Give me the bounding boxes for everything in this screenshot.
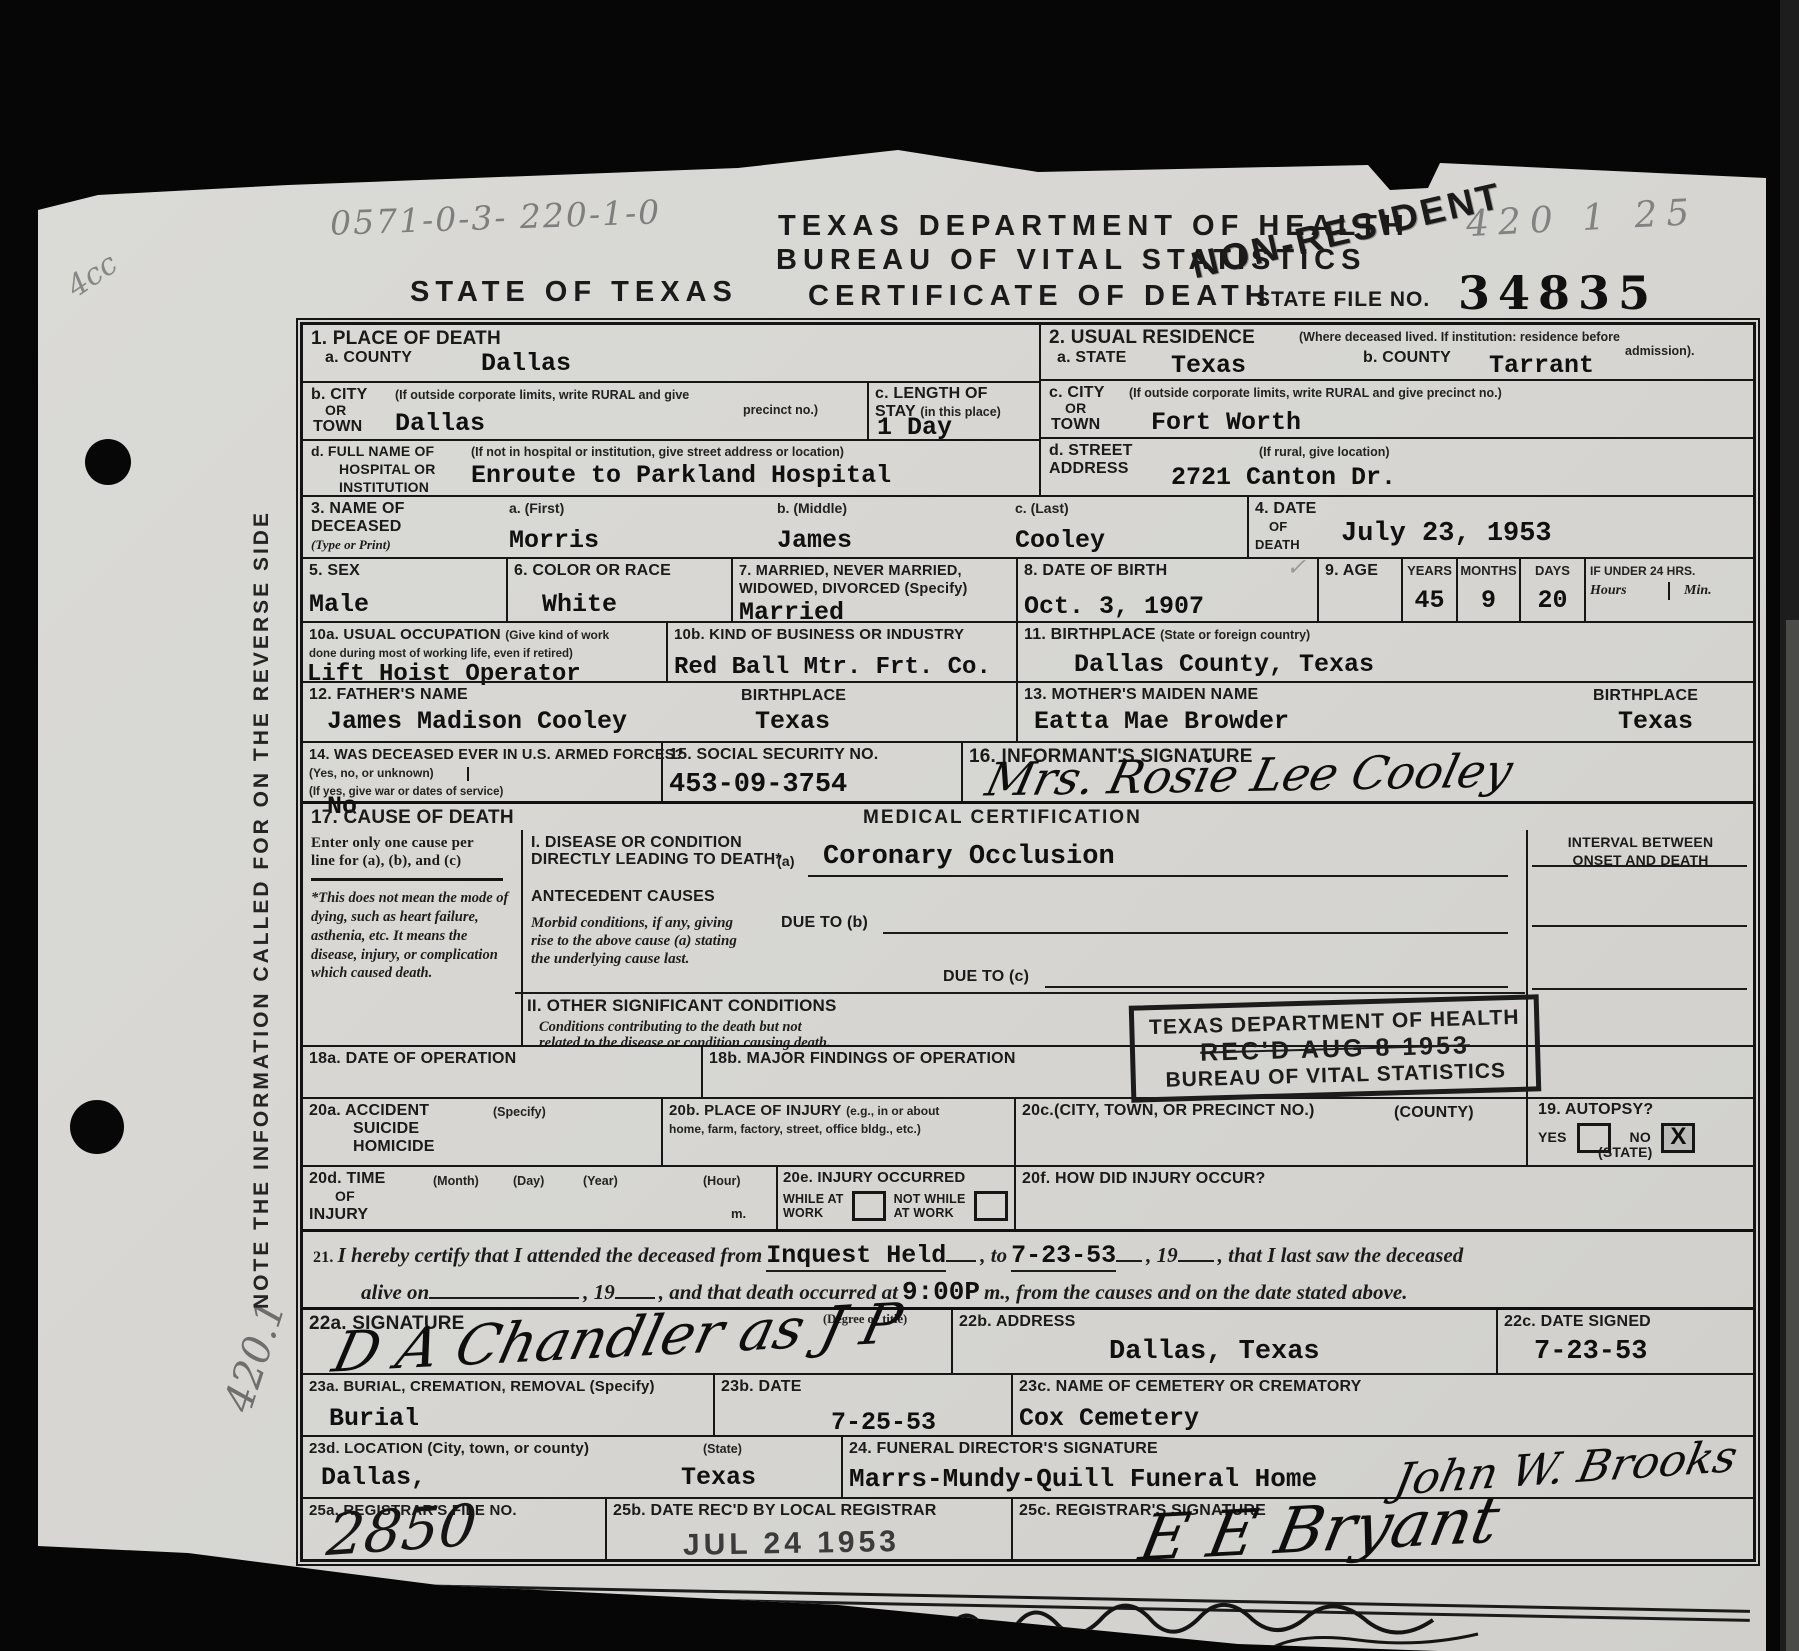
burial-type-cell: 23a. BURIAL, CREMATION, REMOVAL (Specify… — [303, 1375, 715, 1435]
disease-label1: I. DISEASE OR CONDITION — [531, 834, 742, 852]
cause-notes-cell: Enter only one cause per line for (a), (… — [303, 830, 523, 1045]
pencil-side-number: 420.1 — [216, 1294, 295, 1417]
name-first-label: a. (First) — [509, 500, 564, 516]
injury-time-label1: 20d. TIME — [309, 1170, 385, 1187]
hospital-note: (If not in hospital or institution, give… — [471, 445, 844, 459]
pencil-corner-mark: 4cc — [61, 246, 124, 304]
name-last-value: Cooley — [1015, 528, 1241, 553]
age-label-cell: 9. AGE — [1319, 559, 1403, 621]
name-title2: DECEASED — [311, 518, 402, 535]
injury-place-note2: home, farm, factory, street, office bldg… — [669, 1122, 921, 1136]
how-injury-cell: 20f. HOW DID INJURY OCCUR? — [1016, 1167, 1753, 1229]
not-while-checkbox — [974, 1191, 1008, 1221]
age-min-label: Min. — [1670, 582, 1712, 600]
age-months-label: MONTHS — [1460, 563, 1516, 578]
age-days-value: 20 — [1523, 588, 1582, 613]
burial-location-label: 23d. LOCATION (City, town, or county) — [309, 1440, 589, 1457]
scanned-death-certificate: 4cc 420.1 NOTE THE INFORMATION CALLED FO… — [0, 0, 1799, 1651]
residence-county-value: Tarrant — [1489, 353, 1594, 378]
autopsy-yes-label: YES — [1538, 1129, 1567, 1145]
injury-year-label: (Year) — [583, 1174, 618, 1188]
residence-street-note: (If rural, give location) — [1259, 445, 1390, 459]
marital-label2: WIDOWED, DIVORCED (Specify) — [739, 581, 968, 597]
informant-signature: Mrs. Rosie Lee Cooley — [981, 743, 1518, 806]
name-title1: 3. NAME OF — [311, 500, 405, 517]
age-months-value: 9 — [1460, 588, 1517, 613]
mother-value: Eatta Mae Browder — [1034, 709, 1289, 734]
residence-or-label: OR — [1065, 401, 1086, 417]
name-label-cell: 3. NAME OF DECEASED (Type or Print) — [303, 497, 503, 557]
date-of-death-cell: 4. DATE OF DEATH July 23, 1953 — [1249, 497, 1753, 557]
length-of-stay-cell: c. LENGTH OF STAY (in this place) 1 Day — [869, 383, 1039, 439]
date-signed-value: 7-23-53 — [1534, 1339, 1747, 1366]
injury-place-label: 20b. PLACE OF INJURY — [669, 1102, 842, 1119]
morbid-note1: Morbid conditions, if any, giving — [531, 914, 733, 934]
place-hospital-cell: d. FULL NAME OF (If not in hospital or i… — [303, 441, 1039, 495]
age-months-cell: MONTHS 9 — [1458, 559, 1521, 621]
birthplace-value: Dallas County, Texas — [1074, 652, 1747, 677]
stay-label1: c. LENGTH OF — [875, 385, 988, 402]
registrar-date-cell: 25b. DATE REC'D BY LOCAL REGISTRAR JUL 2… — [607, 1499, 1013, 1559]
disease-a-label: (a) — [777, 854, 795, 870]
sex-cell: 5. SEX Male — [303, 559, 508, 621]
place-or-label: OR — [325, 403, 346, 419]
cause-note2: *This does not mean the mode of dying, s… — [311, 889, 513, 983]
address-value: Dallas, Texas — [1109, 1339, 1490, 1366]
interval-line-1 — [1532, 865, 1747, 867]
place-of-injury-cell: 20b. PLACE OF INJURY (e.g., in or about … — [663, 1099, 1016, 1165]
not-while-label2: AT WORK — [894, 1206, 966, 1220]
interval-line-2 — [1532, 925, 1747, 927]
other-conditions-label: II. OTHER SIGNIFICANT CONDITIONS — [527, 996, 837, 1015]
reverse-side-note: NOTE THE INFORMATION CALLED FOR ON THE R… — [250, 414, 274, 1309]
cemetery-label: 23c. NAME OF CEMETERY OR CREMATORY — [1019, 1378, 1362, 1395]
residence-town-label: TOWN — [1051, 416, 1100, 434]
certify-number: 21. — [313, 1249, 334, 1266]
certify-from-value: Inquest Held — [766, 1241, 946, 1272]
age-days-cell: DAYS 20 — [1521, 559, 1586, 621]
morbid-note2: rise to the above cause (a) stating — [531, 932, 737, 952]
ssn-label: 15. SOCIAL SECURITY NO. — [669, 746, 878, 763]
injury-hour-label: (Hour) — [703, 1174, 741, 1188]
burial-location-cell: 23d. LOCATION (City, town, or county) (S… — [303, 1437, 843, 1497]
disease-label2: DIRECTLY LEADING TO DEATH* — [531, 851, 782, 869]
residence-city-label: c. CITY — [1049, 384, 1105, 401]
name-first-value: Morris — [509, 528, 765, 553]
place-town-label: TOWN — [313, 418, 362, 436]
operation-findings-label: 18b. MAJOR FINDINGS OF OPERATION — [709, 1050, 1016, 1067]
burial-date-cell: 23b. DATE 7-25-53 — [715, 1375, 1013, 1435]
residence-title-note1: (Where deceased lived. If institution: r… — [1299, 330, 1620, 344]
residence-street-value: 2721 Canton Dr. — [1171, 465, 1396, 490]
pencil-header-number: 0571-0-3- 220-1-0 — [329, 192, 661, 243]
industry-value: Red Ball Mtr. Frt. Co. — [674, 656, 1010, 680]
interval-label1: INTERVAL BETWEEN — [1568, 834, 1714, 850]
occupation-label: 10a. USUAL OCCUPATION — [309, 626, 501, 643]
stay-value: 1 Day — [877, 415, 952, 440]
due-to-c-label: DUE TO (c) — [943, 968, 1029, 986]
residence-title-note2: admission). — [1625, 344, 1694, 358]
while-at-work-checkbox — [852, 1191, 886, 1221]
certify-part4: , that I last saw the deceased — [1218, 1243, 1464, 1267]
name-middle-label: b. (Middle) — [777, 500, 847, 516]
row-occupation: 10a. USUAL OCCUPATION (Give kind of work… — [303, 621, 1753, 681]
header-state-of-texas: STATE OF TEXAS — [410, 276, 738, 309]
burial-date-label: 23b. DATE — [721, 1378, 802, 1395]
place-county-cell: 1. PLACE OF DEATH a. COUNTY Dallas — [303, 325, 1039, 383]
row-certify: 21. I hereby certify that I attended the… — [303, 1229, 1753, 1307]
pencil-check-mark: ✓ — [1286, 553, 1306, 581]
burial-state-value: Texas — [681, 1465, 756, 1490]
accident-note: (Specify) — [493, 1105, 546, 1119]
due-to-b-line — [883, 932, 1508, 934]
birth-label: 8. DATE OF BIRTH — [1024, 562, 1167, 579]
injury-time-cell: 20d. TIME (Month) (Day) (Year) (Hour) OF… — [303, 1167, 778, 1229]
certify-part8: m., from the causes and on the date stat… — [984, 1280, 1408, 1304]
due-to-c-line — [1045, 986, 1508, 988]
row-registrar: 25a. REGISTRAR'S FILE NO. 25b. DATE REC'… — [303, 1497, 1753, 1559]
date-signed-label: 22c. DATE SIGNED — [1504, 1313, 1651, 1330]
registrar-file-number: 2850 — [324, 1491, 480, 1569]
row-demographics: 5. SEX Male 6. COLOR OR RACE White 7. MA… — [303, 557, 1753, 621]
forces-note1: (Yes, no, or unknown) — [309, 767, 469, 781]
birthplace-label: 11. BIRTHPLACE — [1024, 626, 1156, 643]
medcert-header-strip: 17. CAUSE OF DEATH MEDICAL CERTIFICATION — [303, 804, 1753, 830]
injury-occurred-label: 20e. INJURY OCCURRED — [783, 1169, 965, 1186]
hospital-label3: INSTITUTION — [339, 479, 429, 495]
age-years-cell: YEARS 45 — [1403, 559, 1458, 621]
date-signed-cell: 22c. DATE SIGNED 7-23-53 — [1498, 1310, 1753, 1373]
mother-label: 13. MOTHER'S MAIDEN NAME — [1024, 686, 1258, 703]
injury-county-label: (COUNTY) — [1394, 1104, 1474, 1122]
residence-city-cell: c. CITY (If outside corporate limits, wr… — [1041, 381, 1753, 439]
injury-city-label: 20c.(CITY, TOWN, OR PRECINCT NO.) — [1022, 1102, 1315, 1119]
state-file-no-label: STATE FILE NO. — [1256, 288, 1430, 312]
burial-value: Burial — [329, 1406, 707, 1431]
injury-time-label2: OF — [335, 1188, 355, 1204]
registrar-date-stamp: JUL 24 1953 — [683, 1523, 1006, 1563]
place-city-cell: b. CITY (If outside corporate limits, wr… — [303, 383, 869, 439]
injury-day-label: (Day) — [513, 1174, 544, 1188]
row-name: 3. NAME OF DECEASED (Type or Print) a. (… — [303, 495, 1753, 557]
burial-state-note: (State) — [703, 1442, 742, 1456]
morbid-note3: the underlying cause last. — [531, 950, 689, 970]
certify-from-blank — [946, 1238, 976, 1262]
father-birthplace-value: Texas — [755, 709, 830, 734]
residence-state-label: a. STATE — [1057, 349, 1126, 367]
state-file-number: 34835 — [1458, 266, 1658, 320]
certify-part1: I hereby certify that I attended the dec… — [338, 1243, 763, 1267]
row-place-residence: 1. PLACE OF DEATH a. COUNTY Dallas b. CI… — [303, 325, 1753, 495]
interval-line-3 — [1532, 988, 1747, 990]
cemetery-cell: 23c. NAME OF CEMETERY OR CREMATORY Cox C… — [1013, 1375, 1753, 1435]
place-title: 1. PLACE OF DEATH — [311, 328, 501, 349]
ssn-value: 453-09-3754 — [669, 772, 955, 799]
operation-date-label: 18a. DATE OF OPERATION — [309, 1050, 516, 1067]
certify-alive-blank — [429, 1275, 579, 1299]
father-birthplace-label: BIRTHPLACE — [741, 687, 846, 705]
age-label: 9. AGE — [1325, 562, 1378, 579]
age-under24-cell: IF UNDER 24 HRS. Hours Min. — [1586, 559, 1753, 621]
disease-underline — [808, 875, 1508, 877]
name-last-label: c. (Last) — [1015, 500, 1069, 516]
certify-time-value: 9:00P — [902, 1277, 980, 1309]
funeral-director-label: 24. FUNERAL DIRECTOR'S SIGNATURE — [849, 1440, 1158, 1457]
industry-label: 10b. KIND OF BUSINESS OR INDUSTRY — [674, 626, 964, 643]
cemetery-value: Cox Cemetery — [1019, 1406, 1747, 1431]
row-burial: 23a. BURIAL, CREMATION, REMOVAL (Specify… — [303, 1373, 1753, 1435]
residence-county-label: b. COUNTY — [1363, 349, 1451, 367]
address-cell: 22b. ADDRESS Dallas, Texas — [953, 1310, 1498, 1373]
certificate-form: 1. PLACE OF DEATH a. COUNTY Dallas b. CI… — [300, 322, 1756, 1562]
occupation-cell: 10a. USUAL OCCUPATION (Give kind of work… — [303, 623, 668, 681]
father-label: 12. FATHER'S NAME — [309, 686, 468, 703]
residence-title: 2. USUAL RESIDENCE — [1049, 327, 1255, 348]
punch-hole-bottom — [70, 1100, 124, 1154]
residence-state-value: Texas — [1171, 353, 1246, 378]
not-while-label1: NOT WHILE — [894, 1192, 966, 1206]
certificate-paper: 4cc 420.1 NOTE THE INFORMATION CALLED FO… — [38, 148, 1766, 1651]
cause-note-divider — [311, 878, 503, 881]
while-at-work-label2: WORK — [783, 1206, 844, 1220]
age-under24-label: IF UNDER 24 HRS. — [1590, 564, 1695, 578]
residence-city-note: (If outside corporate limits, write RURA… — [1129, 386, 1502, 400]
disease-value: Coronary Occlusion — [823, 844, 1115, 871]
accident-label1: 20a. ACCIDENT — [309, 1102, 429, 1119]
certify-cell: 21. I hereby certify that I attended the… — [303, 1232, 1753, 1307]
injury-occurred-cell: 20e. INJURY OCCURRED WHILE AT WORK NOT W… — [778, 1167, 1016, 1229]
mother-cell: 13. MOTHER'S MAIDEN NAME BIRTHPLACE Eatt… — [1018, 683, 1753, 741]
row-parents: 12. FATHER'S NAME BIRTHPLACE James Madis… — [303, 681, 1753, 741]
registrar-date-label: 25b. DATE REC'D BY LOCAL REGISTRAR — [613, 1502, 937, 1519]
marital-cell: 7. MARRIED, NEVER MARRIED, WIDOWED, DIVO… — [733, 559, 1018, 621]
injury-m-label: m. — [731, 1207, 746, 1222]
armed-forces-cell: 14. WAS DECEASED EVER IN U.S. ARMED FORC… — [303, 743, 663, 801]
place-county-value: Dallas — [481, 351, 571, 376]
occupation-note2: done during most of working life, even i… — [309, 648, 573, 660]
partial-signature-next-frame — [938, 1588, 1598, 1651]
residence-street-label1: d. STREET — [1049, 442, 1133, 459]
due-to-b-label: DUE TO (b) — [781, 914, 868, 932]
row-injury-time: 20d. TIME (Month) (Day) (Year) (Hour) OF… — [303, 1165, 1753, 1229]
name-middle-cell: b. (Middle) James — [771, 497, 1009, 557]
birthplace-cell: 11. BIRTHPLACE (State or foreign country… — [1018, 623, 1753, 681]
injury-time-label3: INJURY — [309, 1206, 368, 1223]
autopsy-spacer-cell — [1528, 1047, 1753, 1097]
age-hours-label: Hours — [1590, 582, 1670, 600]
place-city-label: b. CITY — [311, 386, 368, 403]
medical-certification-title: MEDICAL CERTIFICATION — [863, 807, 1142, 828]
address-label: 22b. ADDRESS — [959, 1313, 1076, 1330]
birthplace-note: (State or foreign country) — [1160, 628, 1310, 642]
certify-year-blank2 — [615, 1275, 655, 1299]
place-county-label: a. COUNTY — [325, 349, 412, 366]
autopsy-label: 19. AUTOPSY? — [1538, 1101, 1653, 1118]
residence-state-cell: 2. USUAL RESIDENCE (Where deceased lived… — [1041, 325, 1753, 381]
place-city-note2: precinct no.) — [743, 403, 818, 417]
death-date-value: July 23, 1953 — [1341, 521, 1552, 548]
name-title3: (Type or Print) — [311, 537, 391, 552]
certify-year-blank1 — [1178, 1238, 1214, 1262]
age-years-label: YEARS — [1407, 563, 1452, 578]
mother-birthplace-label: BIRTHPLACE — [1593, 687, 1698, 705]
cause-of-death-label: 17. CAUSE OF DEATH — [311, 807, 514, 828]
autopsy-cell: 19. AUTOPSY? YES NO X (STATE) — [1528, 1099, 1753, 1165]
received-stamp: TEXAS DEPARTMENT OF HEALTH REC'D AUG 8 1… — [1129, 994, 1542, 1102]
autopsy-no-checkbox: X — [1661, 1123, 1695, 1153]
how-injury-label: 20f. HOW DID INJURY OCCUR? — [1022, 1170, 1265, 1187]
certify-part5: alive on — [361, 1280, 429, 1304]
forces-label: 14. WAS DECEASED EVER IN U.S. ARMED FORC… — [309, 747, 684, 763]
age-days-label: DAYS — [1535, 563, 1570, 578]
operation-date-cell: 18a. DATE OF OPERATION — [303, 1047, 703, 1097]
name-middle-value: James — [777, 528, 1003, 553]
hospital-value: Enroute to Parkland Hospital — [471, 463, 891, 488]
death-date-label1: 4. DATE — [1255, 500, 1317, 517]
occupation-note1: (Give kind of work — [505, 628, 609, 642]
residence-city-value: Fort Worth — [1151, 410, 1301, 435]
hospital-label1: d. FULL NAME OF — [311, 443, 434, 459]
industry-cell: 10b. KIND OF BUSINESS OR INDUSTRY Red Ba… — [668, 623, 1018, 681]
punch-hole-top — [85, 439, 131, 485]
name-last-cell: c. (Last) Cooley — [1009, 497, 1249, 557]
adjacent-frame-sliver — [1786, 620, 1799, 1651]
accident-label2: SUICIDE — [353, 1120, 419, 1137]
accident-label3: HOMICIDE — [353, 1138, 435, 1155]
place-city-note1: (If outside corporate limits, write RURA… — [395, 388, 689, 402]
race-cell: 6. COLOR OR RACE White — [508, 559, 733, 621]
cause-note1b: line for (a), (b), and (c) — [311, 853, 461, 869]
name-first-cell: a. (First) Morris — [503, 497, 771, 557]
injury-month-label: (Month) — [433, 1174, 479, 1188]
death-date-label3: DEATH — [1255, 537, 1300, 552]
sex-value: Male — [309, 592, 500, 617]
interval-cell: INTERVAL BETWEEN ONSET AND DEATH — [1528, 830, 1753, 1045]
injury-city-cell: 20c.(CITY, TOWN, OR PRECINCT NO.) (COUNT… — [1016, 1099, 1528, 1165]
medcert-separator — [515, 992, 1525, 994]
mother-birthplace-value: Texas — [1618, 709, 1693, 734]
age-years-value: 45 — [1405, 588, 1454, 613]
race-value: White — [542, 592, 725, 617]
autopsy-no-label: NO — [1630, 1129, 1651, 1145]
place-city-value: Dallas — [395, 411, 485, 436]
usual-residence-block: 2. USUAL RESIDENCE (Where deceased lived… — [1041, 325, 1753, 495]
while-at-work-label1: WHILE AT — [783, 1192, 844, 1206]
hospital-label2: HOSPITAL OR — [339, 461, 436, 477]
birth-date-cell: 8. DATE OF BIRTH Oct. 3, 1907 ✓ — [1018, 559, 1319, 621]
row-injury-type: 20a. ACCIDENT (Specify) SUICIDE HOMICIDE… — [303, 1097, 1753, 1165]
birth-value: Oct. 3, 1907 — [1024, 594, 1311, 619]
sex-label: 5. SEX — [309, 562, 360, 579]
accident-cell: 20a. ACCIDENT (Specify) SUICIDE HOMICIDE — [303, 1099, 663, 1165]
ssn-cell: 15. SOCIAL SECURITY NO. 453-09-3754 — [663, 743, 963, 801]
father-cell: 12. FATHER'S NAME BIRTHPLACE James Madis… — [303, 683, 1018, 741]
place-of-death-block: 1. PLACE OF DEATH a. COUNTY Dallas b. CI… — [303, 325, 1041, 495]
death-date-label2: OF — [1269, 519, 1287, 534]
place-city-row: b. CITY (If outside corporate limits, wr… — [303, 383, 1039, 441]
marital-label1: 7. MARRIED, NEVER MARRIED, — [739, 563, 962, 579]
injury-state-label: (STATE) — [1598, 1145, 1653, 1161]
burial-date-value: 7-25-53 — [831, 1410, 1005, 1435]
burial-city-value: Dallas, — [321, 1465, 426, 1490]
certify-to-blank — [1116, 1238, 1142, 1262]
cause-note1a: Enter only one cause per — [311, 835, 474, 851]
certify-part3: , 19 — [1146, 1243, 1178, 1267]
residence-street-cell: d. STREET ADDRESS (If rural, give locati… — [1041, 439, 1753, 493]
race-label: 6. COLOR OR RACE — [514, 562, 671, 579]
antecedent-label: ANTECEDENT CAUSES — [531, 888, 715, 906]
injury-place-note1: (e.g., in or about — [846, 1104, 939, 1118]
certify-part2: , to — [980, 1243, 1007, 1267]
certify-part6: , 19 — [583, 1280, 615, 1304]
residence-street-label2: ADDRESS — [1049, 460, 1129, 477]
certify-to-value: 7-23-53 — [1011, 1241, 1116, 1272]
father-value: James Madison Cooley — [327, 709, 627, 734]
